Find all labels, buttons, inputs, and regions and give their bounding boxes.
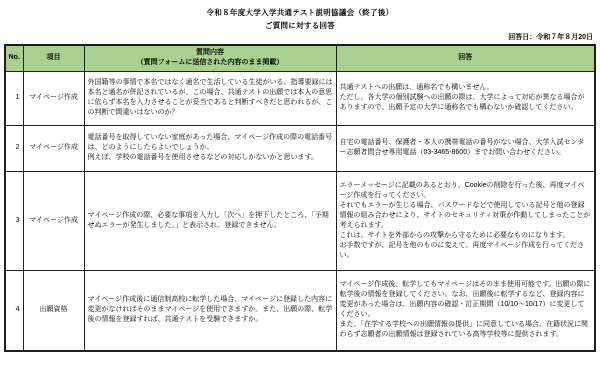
row-item: マイページ作成 (23, 71, 84, 125)
table-row: 4 出願資格 マイページ作成後に通信制高校に転学した場合、マイページに登録した内… (5, 270, 595, 351)
row-item: マイページ作成 (23, 171, 84, 270)
answer-date: 回答日：令和７年８月20日 (0, 32, 600, 44)
table-row: 2 マイページ作成 電話番号を取得していない家庭があった場合、マイページ作成の際… (5, 125, 595, 171)
header-question-title: 質問内容 (87, 48, 334, 58)
row-question: マイページ作成の際、必要な事項を入力し「次へ」を押下したところ、「予期せぬエラー… (84, 171, 336, 270)
document-sheet: 令和８年度大学入学共通テスト説明協議会（終了後） ご質問に対する回答 回答日：令… (0, 0, 600, 389)
header-item: 項目 (23, 45, 84, 71)
row-number: 2 (5, 125, 23, 171)
row-answer: 共通テストへの出願は、通称名でも構いません。 ただし、各大学の個別試験への出願の… (336, 71, 595, 125)
table-row: 1 マイページ作成 外国籍等の事情で本名ではなく通名で生活している生徒がいる。指… (5, 71, 595, 125)
table-row: 3 マイページ作成 マイページ作成の際、必要な事項を入力し「次へ」を押下したとこ… (5, 171, 595, 270)
header-no: No. (5, 45, 23, 71)
row-number: 1 (5, 71, 23, 125)
row-question: 電話番号を取得していない家庭があった場合、マイページ作成の際の電話番号は、どのよ… (84, 125, 336, 171)
document-title: 令和８年度大学入学共通テスト説明協議会（終了後） ご質問に対する回答 (0, 0, 600, 32)
row-question: マイページ作成後に通信制高校に転学した場合、マイページに登録した内容に変更がなけ… (84, 270, 336, 351)
document-title-line1: 令和８年度大学入学共通テスト説明協議会（終了後） (0, 6, 600, 19)
row-answer: 自宅の電話番号、保護者・本人の携帯電話の番号がない場合、大学入試センター志願者問… (336, 125, 595, 171)
header-question-sub: （質問フォームに送信された内容のまま掲載） (87, 58, 334, 68)
row-item: マイページ作成 (23, 125, 84, 171)
row-number: 3 (5, 171, 23, 270)
header-answer: 回答 (336, 45, 595, 71)
header-question: 質問内容 （質問フォームに送信された内容のまま掲載） (84, 45, 336, 71)
row-question: 外国籍等の事情で本名ではなく通名で生活している生徒がいる。指導要録には本名と通名… (84, 71, 336, 125)
document-title-line2: ご質問に対する回答 (0, 19, 600, 32)
row-answer: マイページ作成後、転学してもマイページはそのまま使用可能です。出願の際に転学後の… (336, 270, 595, 351)
row-number: 4 (5, 270, 23, 351)
row-item: 出願資格 (23, 270, 84, 351)
row-answer: エラーメッセージに記載のあるとおり、Cookieの削除を行った後、再度マイページ… (336, 171, 595, 270)
qa-table: No. 項目 質問内容 （質問フォームに送信された内容のまま掲載） 回答 1 マ… (4, 44, 596, 352)
table-header-row: No. 項目 質問内容 （質問フォームに送信された内容のまま掲載） 回答 (5, 45, 595, 71)
